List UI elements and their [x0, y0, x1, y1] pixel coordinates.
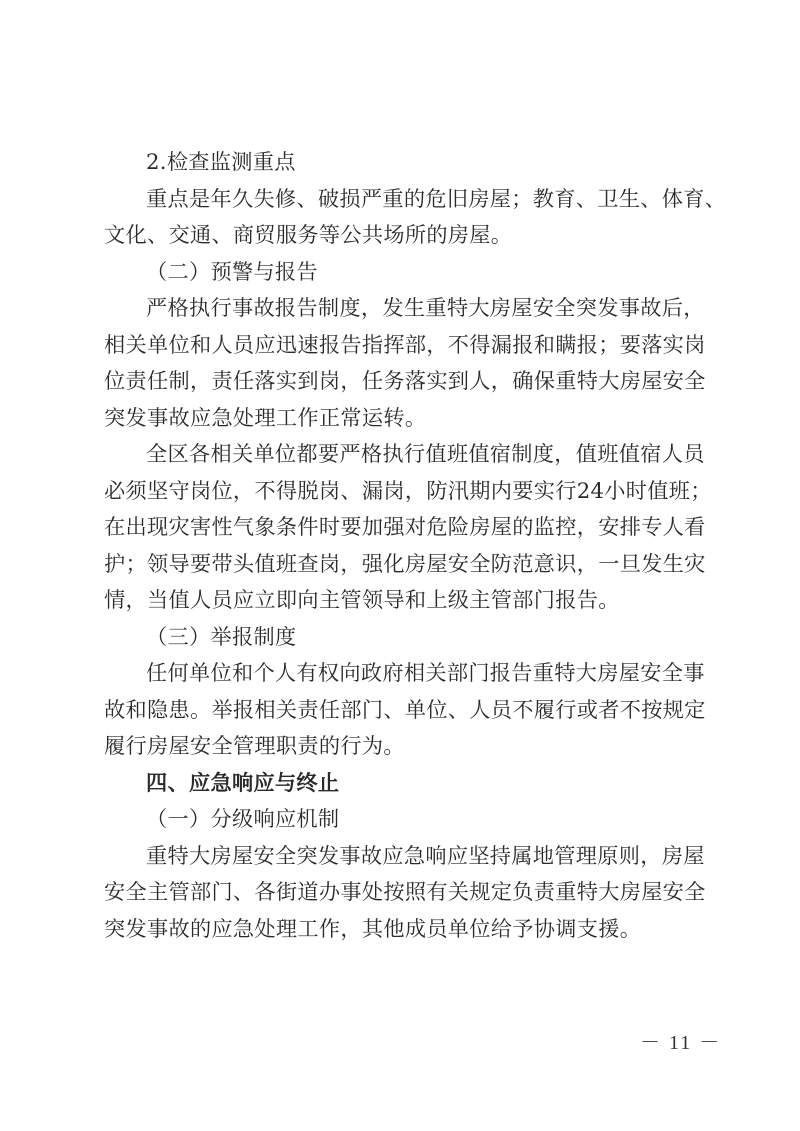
paragraph-line: 重特大房屋安全突发事故应急响应坚持属地管理原则，房屋 [104, 838, 710, 875]
section-heading-graded-response: （一）分级响应机制 [104, 801, 710, 838]
section-heading-warning-report: （二）预警与报告 [104, 254, 710, 291]
paragraph-line: 在出现灾害性气象条件时要加强对危险房屋的监控，安排专人看 [104, 509, 710, 546]
paragraph-line: 履行房屋安全管理职责的行为。 [104, 728, 710, 765]
paragraph-line: 全区各相关单位都要严格执行值班值宿制度，值班值宿人员 [104, 436, 710, 473]
paragraph-line: 故和隐患。举报相关责任部门、单位、人员不履行或者不按规定 [104, 692, 710, 729]
paragraph-line: 任何单位和个人有权向政府相关部门报告重特大房屋安全事 [104, 655, 710, 692]
paragraph-line: 相关单位和人员应迅速报告指挥部，不得漏报和瞒报；要落实岗 [104, 327, 710, 364]
paragraph-line: 突发事故应急处理工作正常运转。 [104, 400, 710, 437]
paragraph-line: 突发事故的应急处理工作，其他成员单位给予协调支援。 [104, 911, 710, 948]
paragraph-line: 情，当值人员应立即向主管领导和上级主管部门报告。 [104, 582, 710, 619]
paragraph-line: 安全主管部门、各街道办事处按照有关规定负责重特大房屋安全 [104, 874, 710, 911]
paragraph-line: 文化、交通、商贸服务等公共场所的房屋。 [104, 217, 710, 254]
section-heading-reporting-system: （三）举报制度 [104, 619, 710, 656]
paragraph-line: 必须坚守岗位，不得脱岗、漏岗，防汛期内要实行24小时值班； [104, 473, 710, 510]
paragraph-line: 严格执行事故报告制度，发生重特大房屋安全突发事故后， [104, 290, 710, 327]
chapter-heading-emergency-response: 四、应急响应与终止 [104, 765, 710, 802]
document-body: 2.检查监测重点 重点是年久失修、破损严重的危旧房屋；教育、卫生、体育、 文化、… [104, 144, 710, 947]
page-number: － 11 － [640, 1026, 721, 1055]
subheading-inspection-focus: 2.检查监测重点 [104, 144, 710, 181]
paragraph-line: 护；领导要带头值班查岗，强化房屋安全防范意识，一旦发生灾 [104, 546, 710, 583]
paragraph-line: 位责任制，责任落实到岗，任务落实到人，确保重特大房屋安全 [104, 363, 710, 400]
paragraph-line: 重点是年久失修、破损严重的危旧房屋；教育、卫生、体育、 [104, 181, 710, 218]
